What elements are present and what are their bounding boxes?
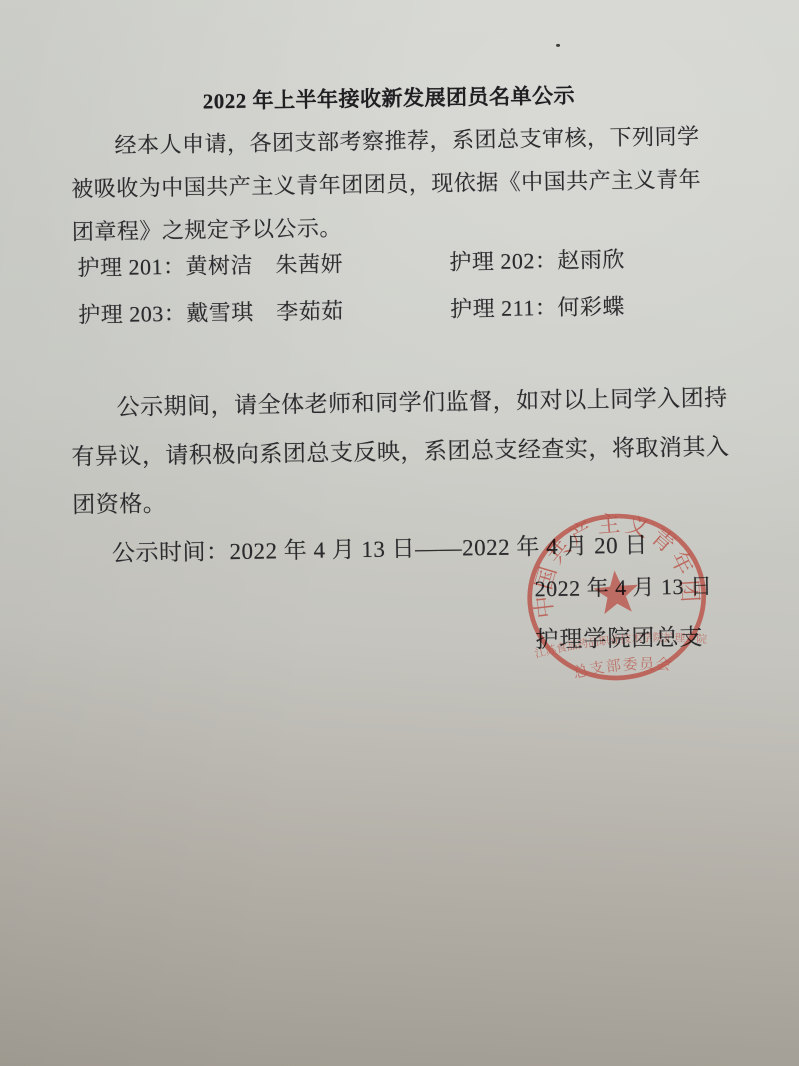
publicity-period: 公示时间：2022 年 4 月 13 日——2022 年 4 月 20 日 [112, 527, 648, 568]
intro-paragraph: 经本人申请，各团支部考察推荐，系团总支审核，下列同学 被吸收为中国共产主义青年团… [70, 120, 702, 259]
sign-date: 2022 年 4 月 13 日 [534, 569, 712, 603]
dust-speck [556, 44, 560, 47]
roster-entry: 护理 201：黄树洁 朱茜妍 [77, 246, 450, 299]
page-title: 2022 年上半年接收新发展团员名单公示 [0, 76, 778, 118]
dust-speck [458, 408, 461, 411]
photographed-paper: 2022 年上半年接收新发展团员名单公示 经本人申请，各团支部考察推荐，系团总支… [0, 0, 799, 1066]
roster-row: 护理 201：黄树洁 朱茜妍 护理 202：赵雨欣 [77, 243, 625, 299]
member-roster: 护理 201：黄树洁 朱茜妍 护理 202：赵雨欣 护理 203：戴雪琪 李茹茹… [77, 243, 626, 346]
seal-committee-text: 总支部委员会 [571, 653, 674, 683]
notice-paragraph: 公示期间，请全体老师和同学们监督，如对以上同学入团持 有异议，请积极向系团总支反… [70, 379, 730, 535]
roster-row: 护理 203：戴雪琪 李茹茹 护理 211：何彩蝶 [78, 290, 626, 346]
signature-org: 护理学院团总支 [535, 619, 703, 655]
roster-entry: 护理 202：赵雨欣 [449, 243, 625, 293]
document-sheet: 2022 年上半年接收新发展团员名单公示 经本人申请，各团支部考察推荐，系团总支… [0, 0, 799, 1066]
roster-entry: 护理 211：何彩蝶 [450, 290, 625, 340]
roster-entry: 护理 203：戴雪琪 李茹茹 [78, 293, 451, 346]
